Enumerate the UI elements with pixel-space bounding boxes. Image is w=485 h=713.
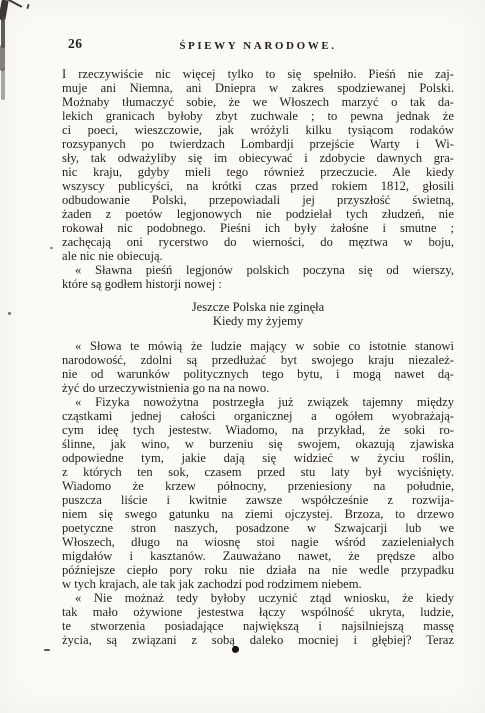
text-line: ślinne, jak wino, w burzeniu się swojem,… — [62, 437, 454, 451]
text-line: cząstkami jednej całości organicznej a o… — [62, 409, 454, 423]
text-line: nie od warunków politycznych tego bytu, … — [62, 367, 454, 381]
scan-speck — [26, 4, 29, 9]
text-line: I rzeczywiście nic więcej tylko to się s… — [62, 67, 454, 81]
text-line: ci poeci, wieszczowie, jak wróżyli kilku… — [62, 123, 454, 137]
text-line: niem się swego gatunku na ziemi ojczyste… — [62, 507, 454, 521]
text-line: nic kraju, gdyby mieli tego również prze… — [62, 165, 454, 179]
text-line: żyć do urzeczywistnienia go na na nowo. — [62, 381, 454, 395]
text-line: ale nic nie obiecują. — [62, 249, 454, 263]
text-line: rokował nic podobnego. Pieśni ich były ż… — [62, 221, 454, 235]
paragraph: I rzeczywiście nic więcej tylko to się s… — [62, 67, 454, 263]
scan-dash-mark — [44, 649, 50, 651]
page-header: 26 ŚPIEWY NARODOWE. — [62, 36, 454, 49]
ink-blot — [232, 646, 239, 653]
paragraph: « Słowa te mówią że ludzie mający w sobi… — [62, 339, 454, 395]
running-header: ŚPIEWY NARODOWE. — [179, 40, 336, 52]
scan-edge-artifact — [0, 45, 5, 71]
verse-line: Jeszcze Polska nie zginęła — [62, 300, 454, 314]
scan-speck — [50, 247, 53, 249]
text-block: I rzeczywiście nic więcej tylko to się s… — [62, 67, 454, 647]
text-line: w tych krajach, ale tak jak zachodzi pod… — [62, 577, 454, 591]
text-line: « Fizyka nowożytna postrzegła już związe… — [62, 395, 454, 409]
scan-scratch-artifact — [7, 0, 23, 8]
text-line: cym ideę tych jestestw. Wiadomo, na przy… — [62, 423, 454, 437]
page-number: 26 — [68, 36, 83, 52]
text-line: muje ani Niemna, ani Dniepra w zakres sp… — [62, 81, 454, 95]
text-line: migdałów i kasztanów. Zauważano nawet, ż… — [62, 549, 454, 563]
page-content: 26 ŚPIEWY NARODOWE. I rzeczywiście nic w… — [62, 36, 454, 647]
text-line: żaden z poetów legjonowych nie podzielał… — [62, 207, 454, 221]
text-line: poetyczne stron naszych, posadzone w Szw… — [62, 521, 454, 535]
text-line: późniejsze ciepło pory roku nie działa n… — [62, 563, 454, 577]
verse-block: Jeszcze Polska nie zginęłaKiedy my żyjem… — [62, 300, 454, 328]
scan-edge-artifact — [1, 16, 5, 48]
paragraph: « Sławna pieśń legjonów polskich poczyna… — [62, 263, 454, 291]
paragraph: « Nie możnaż tedy byłoby uczynić ztąd wn… — [62, 591, 454, 647]
text-line: « Sławna pieśń legjonów polskich poczyna… — [62, 263, 454, 277]
scan-speck — [8, 312, 11, 315]
text-line: tak mało ożywione jestestwa łączy wspóln… — [62, 605, 454, 619]
scan-edge-artifact — [0, 0, 9, 20]
text-line: wszyscy publicyści, na krótki czas przed… — [62, 179, 454, 193]
text-line: z których ten sok, czasem przed stu laty… — [62, 465, 454, 479]
text-line: « Nie możnaż tedy byłoby uczynić ztąd wn… — [62, 591, 454, 605]
text-line: narodowość, zdolni są przedłużać byt swo… — [62, 353, 454, 367]
text-line: zachęcają oni rycerstwo do wierności, do… — [62, 235, 454, 249]
text-line: puszcza liście i kwitnie zawsze współcze… — [62, 493, 454, 507]
text-line: sły, tak odważyliby się im obiecywać i z… — [62, 151, 454, 165]
text-line: odbudowanie Polski, przepowiadali jej pr… — [62, 193, 454, 207]
text-line: Możnaby tłumaczyć sobie, że we Włoszech … — [62, 95, 454, 109]
text-line: Wiadomo że krzew północny, przeniesiony … — [62, 479, 454, 493]
paragraph: « Fizyka nowożytna postrzegła już związe… — [62, 395, 454, 591]
scanned-book-page: 26 ŚPIEWY NARODOWE. I rzeczywiście nic w… — [0, 0, 485, 713]
text-line: « Słowa te mówią że ludzie mający w sobi… — [62, 339, 454, 353]
text-line: odpowiedne tym, jakie dają się widzieć w… — [62, 451, 454, 465]
text-line: te stworzenia posiadające największą i n… — [62, 619, 454, 633]
text-line: rozsypanych po twierdzach Lombardji prze… — [62, 137, 454, 151]
verse-line: Kiedy my żyjemy — [62, 314, 454, 328]
text-line: życia, są związani z sobą daleko mocniej… — [62, 633, 454, 647]
scan-edge-artifact — [1, 68, 5, 100]
text-line: które są godłem historji nowej : — [62, 277, 454, 291]
text-line: lekich granicach byłoby zbyt zuchwale ; … — [62, 109, 454, 123]
text-line: Włoszech, długo na wiosnę stoi nagie wśr… — [62, 535, 454, 549]
